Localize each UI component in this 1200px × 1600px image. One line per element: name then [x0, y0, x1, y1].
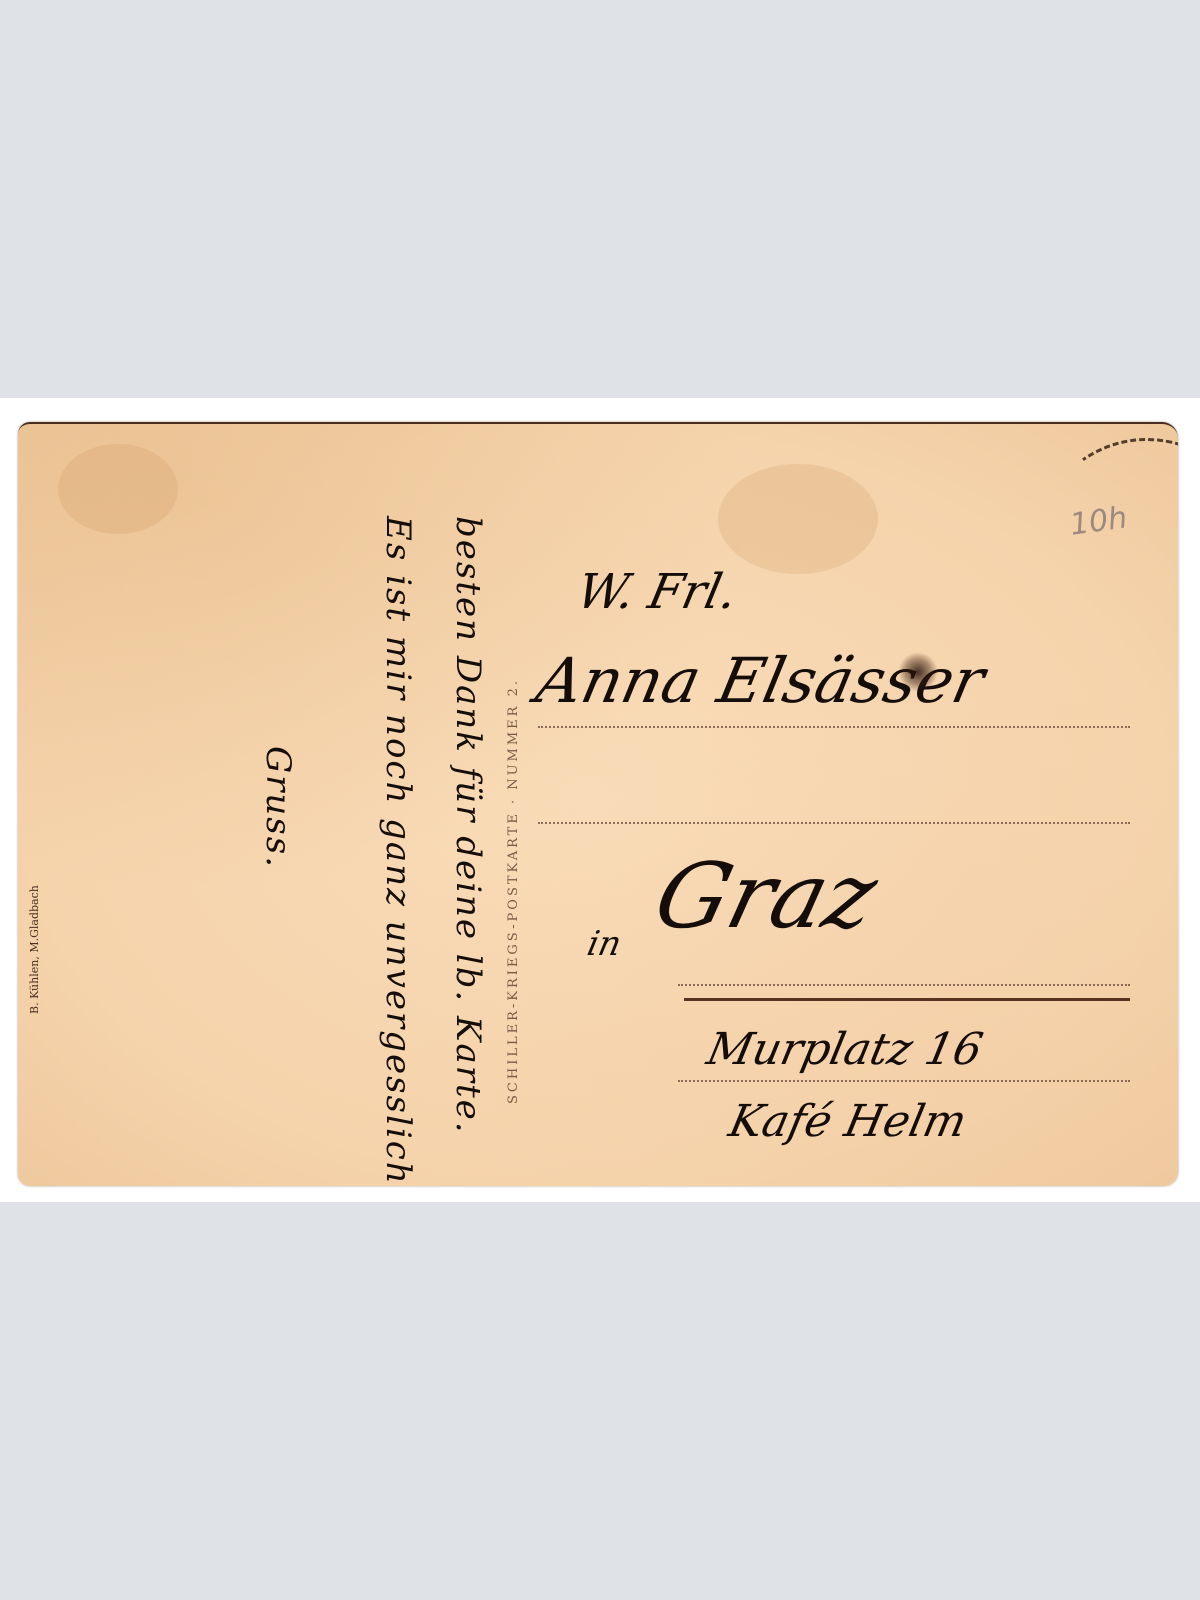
ink-blot — [898, 652, 938, 692]
address-line-2 — [538, 822, 1130, 824]
venue: Kafé Helm — [725, 1096, 971, 1147]
paper-stain — [58, 444, 178, 534]
photo-frame: 10h B. Kühlen, M.Gladbach SCHILLER-KRIEG… — [0, 398, 1200, 1202]
recipient-title: W. Frl. — [572, 564, 742, 620]
city: Graz — [645, 844, 887, 949]
printer-imprint: B. Kühlen, M.Gladbach — [28, 885, 41, 1014]
message-line: Gruss. — [258, 746, 298, 869]
handwritten-message: besten Dank für deine lb. Karte. Es ist … — [248, 516, 518, 1176]
street: Murplatz 16 — [703, 1024, 988, 1075]
address-line-3 — [678, 984, 1130, 986]
postmark-arc — [1016, 422, 1178, 682]
paper-stain — [718, 464, 878, 574]
city-underline — [684, 998, 1130, 1001]
address-line-1 — [538, 726, 1130, 728]
message-line: Es ist mir noch ganz unvergesslich. — [378, 516, 418, 1186]
postcard: 10h B. Kühlen, M.Gladbach SCHILLER-KRIEG… — [18, 422, 1178, 1186]
city-prefix: in — [584, 924, 625, 964]
message-line: besten Dank für deine lb. Karte. — [448, 516, 488, 1135]
address-line-4 — [678, 1080, 1130, 1082]
